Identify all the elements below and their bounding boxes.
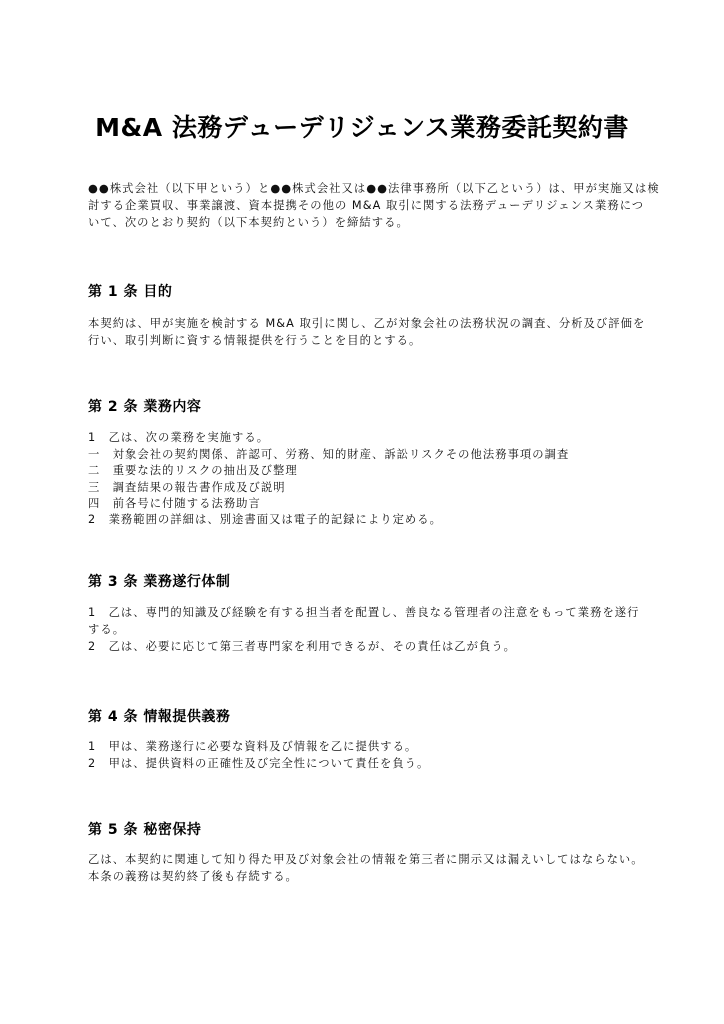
article-heading: 第 1 条 目的 [88,281,172,301]
article-heading: 第 5 条 秘密保持 [88,819,201,839]
article-line: 本条の義務は契約終了後も存続する。 [88,868,298,885]
article-line: 2 乙は、必要に応じて第三者専門家を利用できるが、その責任は乙が負う。 [88,638,516,655]
article-line: 1 乙は、専門的知識及び経験を有する担当者を配置し、善良なる管理者の注意をもって… [88,604,640,621]
article-line: 乙は、本契約に関連して知り得た甲及び対象会社の情報を第三者に開示又は漏えいしては… [88,851,644,868]
article-heading: 第 2 条 業務内容 [88,396,201,416]
article-heading: 第 3 条 業務遂行体制 [88,571,230,591]
article-line: 三 調査結果の報告書作成及び説明 [88,479,286,496]
document-title: M&A 法務デューデリジェンス業務委託契約書 [0,108,724,144]
article-line: 二 重要な法的リスクの抽出及び整理 [88,462,298,479]
article-line: 2 業務範囲の詳細は、別途書面又は電子的記録により定める。 [88,511,442,528]
article-line: 本契約は、甲が実施を検討する M&A 取引に関し、乙が対象会社の法務状況の調査、… [88,315,645,332]
preamble-line: いて、次のとおり契約（以下本契約という）を締結する。 [88,214,409,231]
document-page: M&A 法務デューデリジェンス業務委託契約書 ●●株式会社（以下甲という）と●●… [0,0,724,1024]
article-heading: 第 4 条 情報提供義務 [88,706,230,726]
article-line: 2 甲は、提供資料の正確性及び完全性について責任を負う。 [88,755,429,772]
article-line: 四 前各号に付随する法務助言 [88,495,261,512]
preamble-line: ●●株式会社（以下甲という）と●●株式会社又は●●法律事務所（以下乙という）は、… [88,180,660,197]
article-line: 行い、取引判断に資する情報提供を行うことを目的とする。 [88,332,421,349]
article-line: する。 [88,621,125,638]
preamble-line: 討する企業買収、事業譲渡、資本提携その他の M&A 取引に関する法務デューデリジ… [88,197,644,214]
article-line: 1 甲は、業務遂行に必要な資料及び情報を乙に提供する。 [88,738,417,755]
article-line: 一 対象会社の契約関係、許認可、労務、知的財産、訴訟リスクその他法務事項の調査 [88,446,569,463]
article-line: 1 乙は、次の業務を実施する。 [88,429,269,446]
